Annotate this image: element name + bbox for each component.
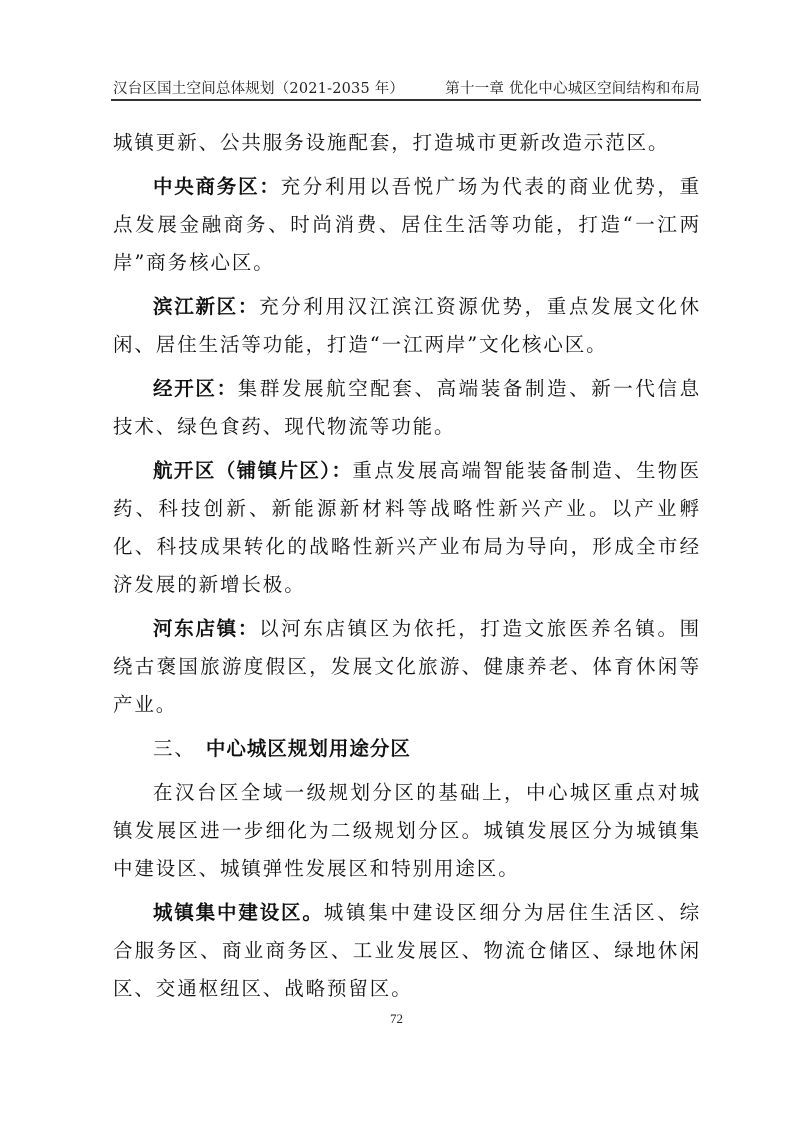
paragraph-aviation-development-zone: 航开区（铺镇片区）：重点发展高端智能装备制造、生物医药、科技创新、新能源新材料等… xyxy=(113,452,701,604)
paragraph-lead: 河东店镇： xyxy=(153,617,259,640)
header-chapter-title: 第十一章 优化中心城区空间结构和布局 xyxy=(445,77,700,98)
section-title: 中心城区规划用途分区 xyxy=(206,737,411,760)
paragraph-text: 在汉台区全域一级规划分区的基础上，中心城区重点对城镇发展区进一步细化为二级规划分… xyxy=(113,781,701,880)
paragraph-zoning-intro: 在汉台区全域一级规划分区的基础上，中心城区重点对城镇发展区进一步细化为二级规划分… xyxy=(113,774,701,888)
paragraph-central-business-district: 中央商务区：充分利用以吾悦广场为代表的商业优势，重点发展金融商务、时尚消费、居住… xyxy=(113,168,701,282)
section-heading: 三、中心城区规划用途分区 xyxy=(113,730,701,768)
paragraph-economic-development-zone: 经开区：集群发展航空配套、高端装备制造、新一代信息技术、绿色食药、现代物流等功能… xyxy=(113,370,701,446)
paragraph-riverside-new-district: 滨江新区：充分利用汉江滨江资源优势，重点发展文化休闲、居住生活等功能，打造“一江… xyxy=(113,288,701,364)
section-number: 三、 xyxy=(153,737,196,760)
body-text: 城镇更新、公共服务设施配套，打造城市更新改造示范区。 中央商务区：充分利用以吾悦… xyxy=(113,124,701,1008)
paragraph-hedongdian-town: 河东店镇：以河东店镇区为依托，打造文旅医养名镇。围绕古褒国旅游度假区，发展文化旅… xyxy=(113,610,701,724)
paragraph-text: 城镇更新、公共服务设施配套，打造城市更新改造示范区。 xyxy=(113,131,669,154)
page-number: 72 xyxy=(0,1011,793,1027)
paragraph-lead: 中央商务区： xyxy=(153,175,281,198)
paragraph-lead: 航开区（铺镇片区）： xyxy=(153,459,352,482)
running-header: 汉台区国土空间总体规划（2021-2035 年） 第十一章 优化中心城区空间结构… xyxy=(113,76,700,98)
paragraph-lead: 经开区： xyxy=(153,377,238,400)
paragraph-lead: 城镇集中建设区。 xyxy=(153,901,324,924)
paragraph-continuation: 城镇更新、公共服务设施配套，打造城市更新改造示范区。 xyxy=(113,124,701,162)
header-document-title: 汉台区国土空间总体规划（2021-2035 年） xyxy=(113,77,404,98)
header-rule xyxy=(111,99,701,101)
paragraph-lead: 滨江新区： xyxy=(153,295,259,318)
paragraph-concentrated-construction-zone: 城镇集中建设区。城镇集中建设区细分为居住生活区、综合服务区、商业商务区、工业发展… xyxy=(113,894,701,1008)
